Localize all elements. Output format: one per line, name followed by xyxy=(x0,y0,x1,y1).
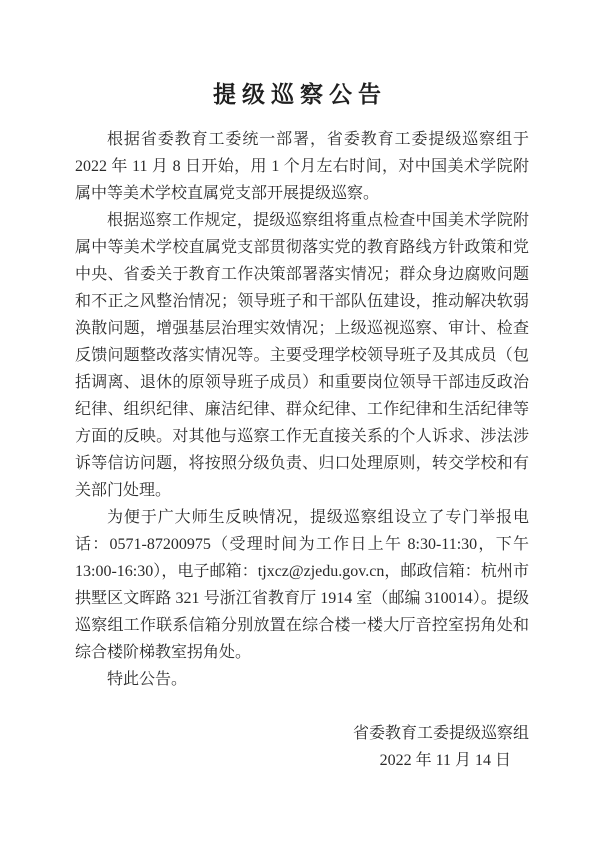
paragraph-inspection-overview: 根据省委教育工委统一部署，省委教育工委提级巡察组于2022 年 11 月 8 日… xyxy=(75,126,529,207)
paragraph-inspection-scope: 根据巡察工作规定，提级巡察组将重点检查中国美术学院附属中等美术学校直属党支部贯彻… xyxy=(75,207,529,504)
notice-document-page: 提级巡察公告 根据省委教育工委统一部署，省委教育工委提级巡察组于2022 年 1… xyxy=(0,0,600,848)
document-title: 提级巡察公告 xyxy=(0,76,600,109)
document-body: 根据省委教育工委统一部署，省委教育工委提级巡察组于2022 年 11 月 8 日… xyxy=(75,126,529,774)
signature-date: 2022 年 11 月 14 日 xyxy=(75,747,529,774)
paragraph-closing: 特此公告。 xyxy=(75,666,529,693)
paragraph-contact-info: 为便于广大师生反映情况，提级巡察组设立了专门举报电话：0571-87200975… xyxy=(75,504,529,666)
signature-block: 省委教育工委提级巡察组 2022 年 11 月 14 日 xyxy=(75,720,529,774)
signature-organization: 省委教育工委提级巡察组 xyxy=(75,720,529,747)
